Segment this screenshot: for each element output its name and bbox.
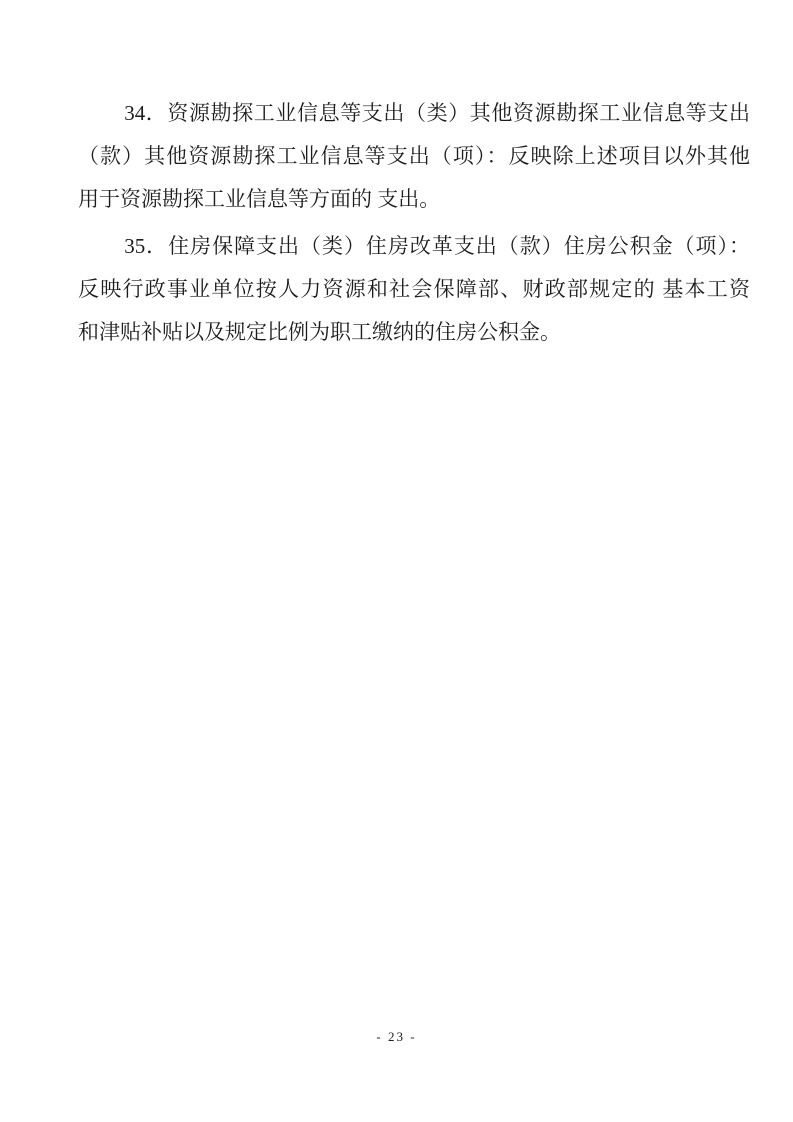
paragraph-35-line-1: 35．住房保障支出（类）住房改革支出（款）住房公积金（项）： <box>78 225 750 268</box>
paragraph-34-line-3: 用于资源勘探工业信息等方面的 支出。 <box>78 178 750 221</box>
paragraph-35-line-2: 反映行政事业单位按人力资源和社会保障部、财政部规定的 基本工资 <box>78 268 750 311</box>
document-page: 34．资源勘探工业信息等支出（类）其他资源勘探工业信息等支出 （款）其他资源勘探… <box>0 0 793 1122</box>
page-number: - 23 - <box>376 1029 416 1044</box>
page-footer: - 23 - <box>0 1028 793 1046</box>
paragraph-34-line-1: 34．资源勘探工业信息等支出（类）其他资源勘探工业信息等支出 <box>78 92 750 135</box>
paragraph-35: 35．住房保障支出（类）住房改革支出（款）住房公积金（项）： 反映行政事业单位按… <box>78 225 750 354</box>
document-body: 34．资源勘探工业信息等支出（类）其他资源勘探工业信息等支出 （款）其他资源勘探… <box>78 92 750 354</box>
paragraph-35-line-3: 和津贴补贴以及规定比例为职工缴纳的住房公积金。 <box>78 311 750 354</box>
paragraph-34-line-2: （款）其他资源勘探工业信息等支出（项）：反映除上述项目以外其他 <box>78 135 750 178</box>
paragraph-34: 34．资源勘探工业信息等支出（类）其他资源勘探工业信息等支出 （款）其他资源勘探… <box>78 92 750 221</box>
